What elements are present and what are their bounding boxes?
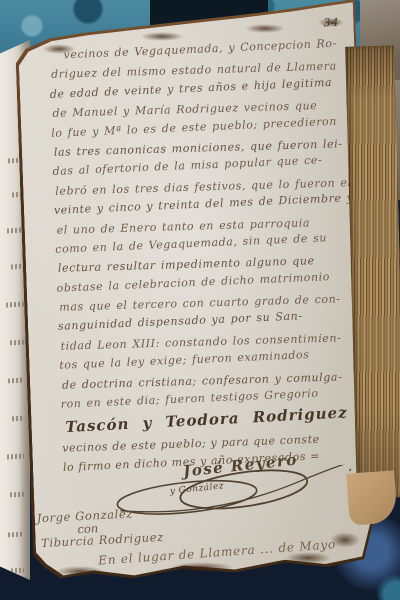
burn-mark <box>170 562 234 573</box>
page-stack-corner <box>346 470 398 525</box>
left-page-text-fragment <box>10 492 24 498</box>
left-page-text-fragment <box>7 453 24 459</box>
burn-mark <box>330 532 360 548</box>
burn-mark <box>318 18 344 27</box>
left-page-text-fragment <box>6 301 24 307</box>
manuscript-lines: vecinos de Vegaquemada, y Concepcion Ro-… <box>48 36 361 415</box>
manuscript-page: 34 vecinos de Vegaquemada, y Concepcion … <box>17 2 373 589</box>
left-page-text-fragment <box>8 377 24 383</box>
burn-mark <box>285 552 331 564</box>
left-page-text-fragment <box>12 416 24 422</box>
left-page-text-fragment <box>11 568 24 574</box>
left-page-text-fragment <box>10 339 25 345</box>
margin-note-bride: Tiburcia Rodriguez <box>41 530 164 550</box>
burn-mark <box>245 24 285 33</box>
burn-mark <box>140 32 184 41</box>
left-page-text-fragment <box>8 531 24 537</box>
burn-mark <box>42 44 76 54</box>
burn-mark <box>55 566 105 577</box>
photo-of-manuscript-book: 34 vecinos de Vegaquemada, y Concepcion … <box>0 0 400 600</box>
